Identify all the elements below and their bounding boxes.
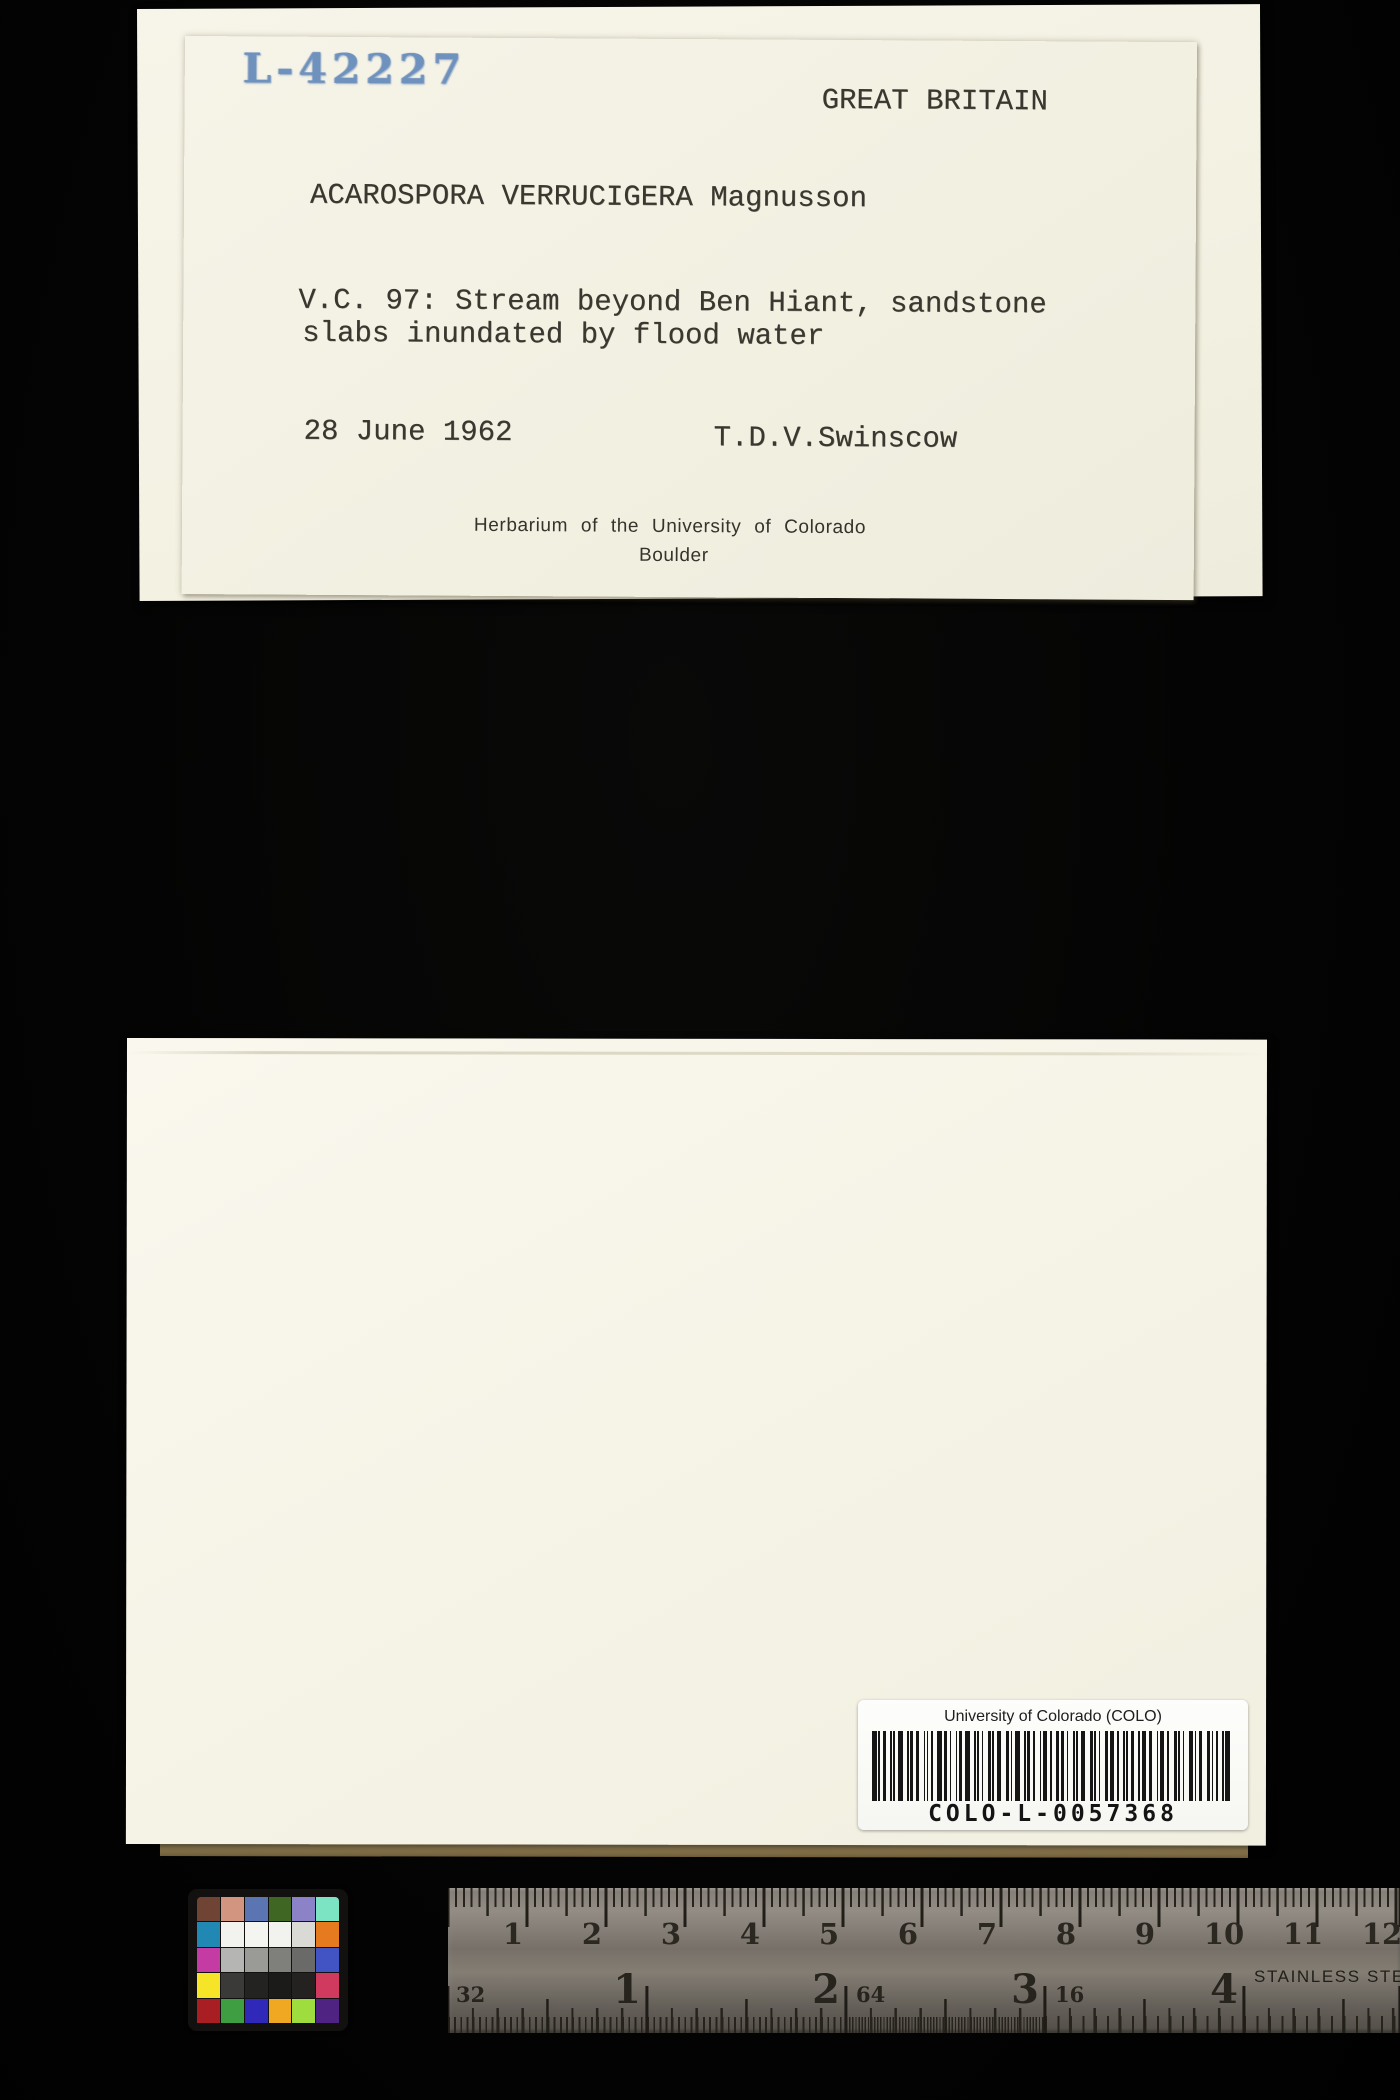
barcode-bar [1126, 1731, 1128, 1801]
barcode-icon [872, 1731, 1234, 1801]
barcode-bar [1183, 1731, 1185, 1801]
ruler-cm-number-2: 2 [582, 1917, 602, 1951]
color-swatch-r3-c1 [197, 1948, 220, 1972]
ruler-cm-number-1: 1 [503, 1917, 523, 1951]
barcode-bar [1011, 1731, 1013, 1801]
packet-fold-crease [127, 1051, 1267, 1056]
barcode-bar [1189, 1731, 1194, 1801]
color-swatch-r2-c3 [245, 1922, 268, 1946]
color-calibration-chart [188, 1889, 348, 2031]
barcode-bar [916, 1731, 919, 1801]
herbarium-imprint-line: Herbarium of the University of Colorado [474, 515, 866, 539]
barcode-bar [907, 1731, 909, 1801]
barcode-bar [931, 1731, 933, 1801]
barcode-bar [927, 1731, 929, 1801]
color-swatch-r2-c4 [269, 1922, 292, 1946]
locality-line-2: slabs inundated by flood water [302, 317, 824, 353]
barcode-bar [965, 1731, 970, 1801]
color-swatch-r5-c3 [245, 1999, 268, 2023]
color-swatch-r5-c6 [316, 1999, 339, 2023]
barcode-bar [883, 1731, 886, 1801]
color-swatch-r4-c6 [316, 1973, 339, 1997]
barcode-bar [1105, 1731, 1108, 1801]
herbarium-imprint-city: Boulder [639, 545, 709, 567]
barcode-bar [1149, 1731, 1152, 1801]
ruler-cm-number-9: 9 [1135, 1917, 1155, 1951]
color-swatch-r1-c2 [221, 1897, 244, 1921]
barcode-bar [950, 1731, 952, 1801]
barcode-label: University of Colorado (COLO) COLO-L-005… [858, 1700, 1248, 1830]
country-label: GREAT BRITAIN [822, 84, 1048, 118]
barcode-bar [956, 1731, 958, 1801]
color-swatch-r4-c5 [292, 1973, 315, 1997]
barcode-bar [1081, 1731, 1086, 1801]
ruler-fraction-label-32: 32 [456, 1982, 485, 2007]
barcode-bar [1043, 1731, 1048, 1801]
barcode-bar [1225, 1731, 1230, 1801]
barcode-bar [872, 1731, 877, 1801]
ruler-brand-text: STAINLESS STEEL [1254, 1967, 1400, 1987]
color-swatch-r1-c4 [269, 1897, 292, 1921]
barcode-bar [1216, 1731, 1218, 1801]
barcode-bar [974, 1731, 976, 1801]
color-swatch-r2-c5 [292, 1922, 315, 1946]
barcode-bar [959, 1731, 962, 1801]
barcode-bar [937, 1731, 942, 1801]
barcode-bar [1222, 1731, 1224, 1801]
barcode-bar [944, 1731, 947, 1801]
color-swatch-r3-c3 [245, 1948, 268, 1972]
ruler-cm-number-8: 8 [1056, 1917, 1076, 1951]
ruler-inch-number-4: 4 [1210, 1966, 1238, 2013]
ruler-inch-number-2: 2 [812, 1966, 840, 2013]
ruler-cm-number-10: 10 [1204, 1917, 1244, 1951]
specimen-label-card: L-42227 GREAT BRITAIN ACAROSPORA VERRUCI… [182, 36, 1197, 600]
barcode-bar [1027, 1731, 1030, 1801]
color-swatch-r5-c1 [197, 1999, 220, 2023]
barcode-bar [1123, 1731, 1125, 1801]
barcode-bar [878, 1731, 880, 1801]
barcode-bar [1073, 1731, 1075, 1801]
barcode-bar [1195, 1731, 1197, 1801]
ruler-cm-number-7: 7 [977, 1917, 997, 1951]
ruler-fraction-label-64: 64 [856, 1982, 885, 2007]
barcode-bar [890, 1731, 892, 1801]
color-swatch-r4-c1 [197, 1973, 220, 1997]
barcode-bar [1094, 1731, 1096, 1801]
barcode-bar [1040, 1731, 1042, 1801]
barcode-bar [988, 1731, 991, 1801]
color-swatch-r3-c4 [269, 1948, 292, 1972]
locality-line-1: V.C. 97: Stream beyond Ben Hiant, sandst… [298, 284, 1047, 322]
ruler-cm-number-12: 12 [1362, 1917, 1400, 1951]
color-swatch-r5-c5 [292, 1999, 315, 2023]
barcode-bar [1157, 1731, 1159, 1801]
collection-date: 28 June 1962 [303, 415, 512, 449]
barcode-bar [1131, 1731, 1134, 1801]
barcode-bar [977, 1731, 979, 1801]
barcode-bar [997, 1731, 1002, 1801]
ruler-inch-number-1: 1 [613, 1966, 641, 2013]
barcode-bar [1067, 1731, 1069, 1801]
ruler-cm-number-3: 3 [661, 1917, 681, 1951]
barcode-bar [1160, 1731, 1165, 1801]
barcode-bar [1199, 1731, 1202, 1801]
color-swatch-r1-c3 [245, 1897, 268, 1921]
barcode-bar [1061, 1731, 1064, 1801]
color-swatch-r4-c3 [245, 1973, 268, 1997]
ruler-cm-number-11: 11 [1283, 1917, 1323, 1951]
barcode-bar [1207, 1731, 1210, 1801]
collector-name: T.D.V.Swinscow [713, 421, 957, 455]
photo-background: L-42227 GREAT BRITAIN ACAROSPORA VERRUCI… [0, 0, 1400, 2100]
barcode-bar [992, 1731, 994, 1801]
barcode-bar [1090, 1731, 1093, 1801]
color-swatch-r2-c2 [221, 1922, 244, 1946]
barcode-bar [1099, 1731, 1101, 1801]
color-swatch-r3-c5 [292, 1948, 315, 1972]
barcode-bar [1212, 1731, 1214, 1801]
barcode-bar [1110, 1731, 1115, 1801]
barcode-bar [1167, 1731, 1169, 1801]
color-swatch-grid [197, 1897, 339, 2023]
barcode-bar [1117, 1731, 1119, 1801]
barcode-bar [924, 1731, 926, 1801]
barcode-bar [1174, 1731, 1177, 1801]
color-swatch-r3-c2 [221, 1948, 244, 1972]
barcode-bar [1056, 1731, 1059, 1801]
ruler-cm-number-4: 4 [740, 1917, 760, 1951]
ruler-cm-number-6: 6 [898, 1917, 918, 1951]
barcode-bar [1142, 1731, 1147, 1801]
accession-number-stamp: L-42227 [243, 44, 467, 93]
barcode-bar [1138, 1731, 1140, 1801]
taxon-name: ACAROSPORA VERRUCIGERA Magnusson [310, 179, 867, 215]
color-swatch-r3-c6 [316, 1948, 339, 1972]
barcode-value: COLO-L-0057368 [858, 1801, 1248, 1827]
barcode-bar [1015, 1731, 1020, 1801]
color-swatch-r1-c5 [292, 1897, 315, 1921]
ruler-fraction-label-16: 16 [1055, 1982, 1084, 2007]
barcode-bar [1024, 1731, 1026, 1801]
barcode-bar [1033, 1731, 1035, 1801]
barcode-bar [910, 1731, 913, 1801]
barcode-bar [1050, 1731, 1052, 1801]
metal-ruler: STAINLESS STEEL 123456789101112123432641… [448, 1888, 1400, 2033]
color-swatch-r5-c2 [221, 1999, 244, 2023]
color-swatch-r5-c4 [269, 1999, 292, 2023]
color-swatch-r2-c1 [197, 1922, 220, 1946]
barcode-bar [1178, 1731, 1180, 1801]
barcode-institution-text: University of Colorado (COLO) [858, 1708, 1248, 1726]
barcode-bar [982, 1731, 984, 1801]
color-swatch-r4-c4 [269, 1973, 292, 1997]
barcode-bar [1076, 1731, 1078, 1801]
color-swatch-r1-c6 [316, 1897, 339, 1921]
barcode-bar [898, 1731, 903, 1801]
color-swatch-r1-c1 [197, 1897, 220, 1921]
color-swatch-r4-c2 [221, 1973, 244, 1997]
ruler-cm-number-5: 5 [819, 1917, 839, 1951]
color-swatch-r2-c6 [316, 1922, 339, 1946]
ruler-inch-number-3: 3 [1011, 1966, 1039, 2013]
barcode-bar [893, 1731, 895, 1801]
barcode-bar [1006, 1731, 1009, 1801]
ruler-inch-ticks [448, 1986, 1400, 2033]
